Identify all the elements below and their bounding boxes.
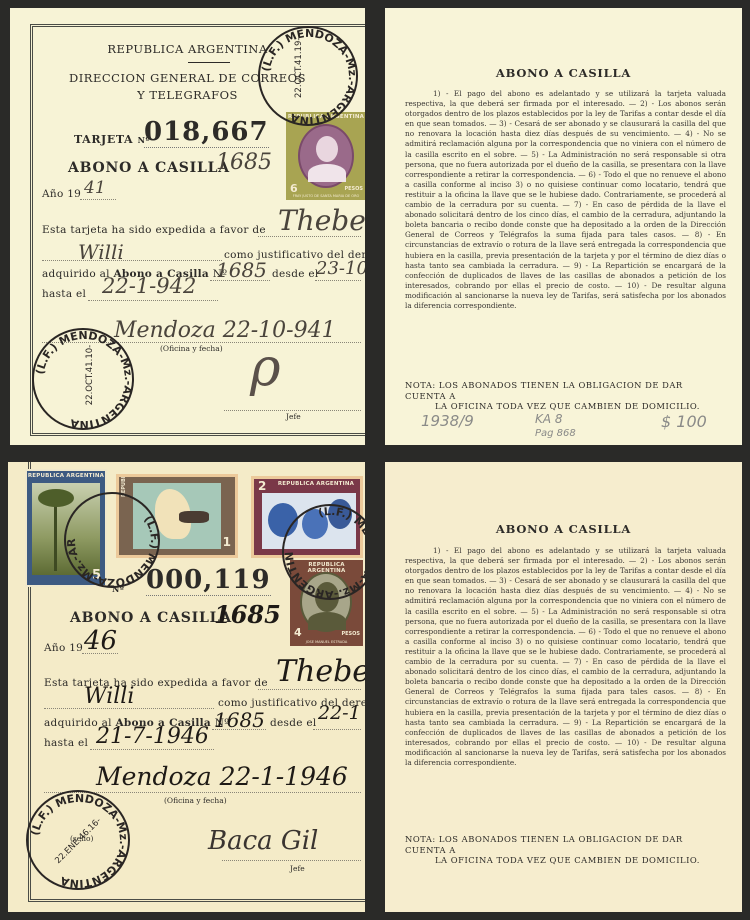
svg-text:(L.F.) MENDOZA-Mz.-ARGENTINA: (L.F.) MENDOZA-Mz.-ARGENTINA (33, 329, 135, 431)
postmark-mendoza-bottom: (L.F.) MENDOZA-Mz.-ARGENTINA 22.ENE.46.1… (26, 790, 130, 890)
desde-label: desde el (272, 268, 319, 280)
svg-text:(L.F.) MENDOZA-Mz.-ARGENTINA: (L.F.) MENDOZA-Mz.-ARGENTINA (259, 27, 359, 127)
svg-text:(L.F.) MENDOZA-Mz.-ARGENTINA: (L.F.) MENDOZA-Mz.-ARGENTINA (63, 491, 161, 589)
abono-label: ABONO A CASILLA (70, 610, 232, 626)
abono-label: ABONO A CASILLA (68, 160, 230, 176)
jefe-signature: ρ (250, 338, 281, 398)
anio-label: Año 19 (44, 642, 83, 654)
postal-card-1941-back: ABONO A CASILLA 1) - El pago del abono e… (385, 8, 742, 445)
back-title: ABONO A CASILLA (385, 522, 742, 536)
pencil-note-price: $ 100 (661, 412, 707, 431)
postmark-mendoza-top: (L.F.) MENDOZA-Mz.-ARGENTINA 22.OCT.41.1… (258, 26, 358, 126)
regulations-text: 1) - El pago del abono es adelantado y s… (405, 89, 726, 311)
tarjeta-label: TARJETA Nº (74, 133, 150, 146)
anio-value: 41 (84, 178, 106, 198)
postal-card-1946-front: Nº 000,119 ABONO A CASILLA 1685 Año 19 4… (8, 462, 365, 912)
holder-first-name: Willi (78, 240, 124, 264)
hasta-label: hasta el (42, 288, 86, 300)
postmark-ring-text-icon: (L.F.) MENDOZA-Mz.-ARGENTINA (257, 25, 361, 129)
header-rule (188, 62, 230, 63)
postal-card-1941-front: REPUBLICA ARGENTINA DIRECCION GENERAL DE… (10, 8, 365, 445)
hasta-value: 22-1-942 (102, 274, 196, 298)
regulations-text: 1) - El pago del abono es adelantado y s… (405, 546, 726, 768)
pencil-note-page: Pag 868 (535, 428, 576, 439)
office-and-date-value: Mendoza 22-1-1946 (96, 762, 348, 791)
pencil-note-years: 1938/9 (421, 412, 474, 430)
postmark-mendoza-bottom: (L.F.) MENDOZA-Mz.-ARGENTINA 22.OCT.41.1… (32, 328, 134, 430)
nota-text: NOTA: LOS ABONADOS TIENEN LA OBLIGACION … (405, 834, 726, 866)
postmark-ring-text-icon: (L.F.) MENDOZA-Mz.-ARGENTINA (281, 503, 365, 603)
desde-value: 23-10 (316, 258, 365, 279)
office-and-date-value: Mendoza 22-10-941 (114, 318, 336, 343)
jefe-label: Jefe (290, 864, 305, 873)
pencil-note-ref: KA 8 (535, 412, 563, 426)
holder-first-name: Willi (84, 684, 134, 709)
postmark-ring-text-icon: (L.F.) MENDOZA-Mz.-ARGENTINA (63, 491, 163, 591)
desde-value: 22-1 (318, 702, 361, 724)
tarjeta-number: 018,667 (144, 119, 269, 148)
svg-text:(L.F.) MENDOZA-Mz.-ARGENTINA: (L.F.) MENDOZA-Mz.-ARGENTINA (281, 503, 365, 601)
abono-handwritten-number: 1685 (214, 600, 281, 629)
tarjeta-number: 000,119 (146, 567, 271, 596)
postmark-mendoza-top-right: (L.F.) MENDOZA-Mz.-ARGENTINA (282, 504, 365, 600)
hasta-value: 21-7-1946 (96, 724, 209, 749)
casilla-number: 1685 (214, 708, 265, 732)
jefe-signature: Baca Gil (208, 826, 318, 856)
anio-value: 46 (84, 626, 117, 656)
postmark-ring-text-icon: (L.F.) MENDOZA-Mz.-ARGENTINA (31, 327, 137, 433)
anio-label: Año 19 (42, 188, 81, 200)
casilla-number: 1685 (216, 258, 267, 282)
postmark-mendoza-top-left: (L.F.) MENDOZA-Mz.-ARGENTINA (64, 492, 160, 588)
postal-card-1946-back: ABONO A CASILLA 1) - El pago del abono e… (385, 462, 742, 912)
holder-last-name: Thebel (278, 204, 365, 237)
holder-last-name: Thebel (276, 654, 365, 689)
office-date-caption: (Oficina y fecha) (164, 796, 227, 805)
expedida-label: Esta tarjeta ha sido expedida a favor de (44, 677, 268, 689)
office-date-caption: (Oficina y fecha) (160, 344, 223, 353)
portrait-icon (298, 124, 354, 188)
nota-text: NOTA: LOS ABONADOS TIENEN LA OBLIGACION … (405, 380, 726, 412)
jefe-label: Jefe (286, 412, 301, 421)
expedida-label: Esta tarjeta ha sido expedida a favor de (42, 224, 266, 236)
abono-handwritten-number: 1685 (216, 150, 272, 175)
hasta-label: hasta el (44, 737, 88, 749)
back-title: ABONO A CASILLA (385, 66, 742, 80)
desde-label: desde el (270, 717, 317, 729)
